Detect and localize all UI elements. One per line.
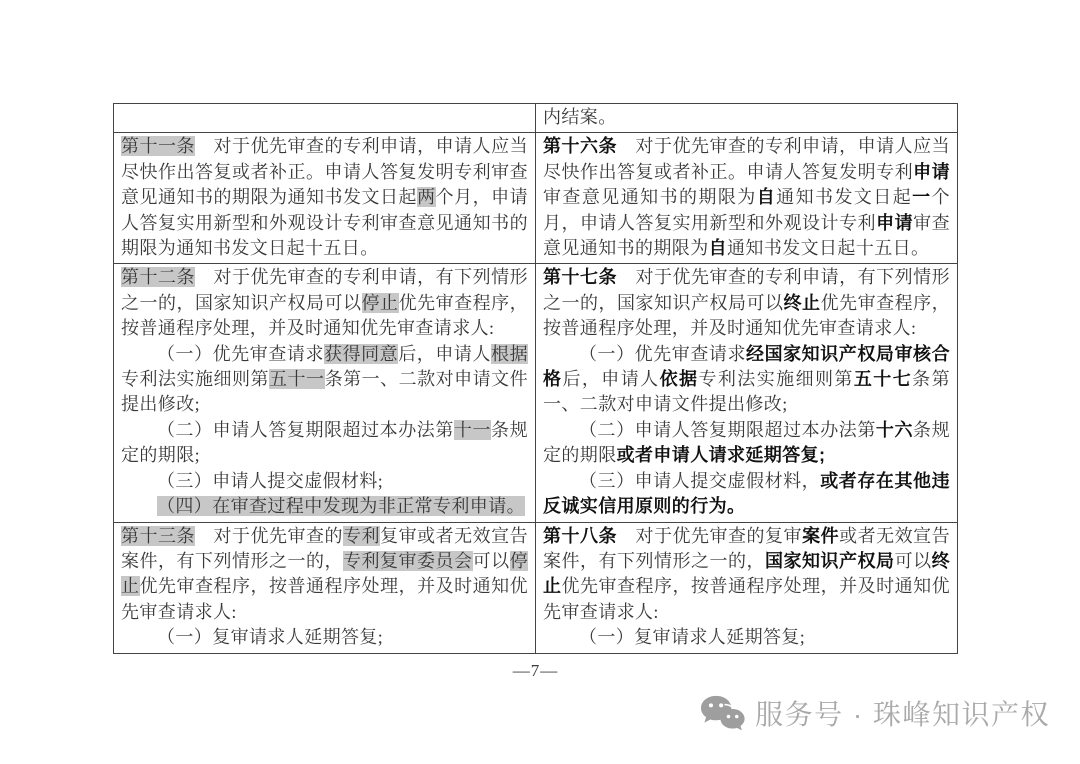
paragraph: 第十二条 对于优先审查的专利申请，有下列情形之一的，国家知识产权局可以停止优先审…: [121, 265, 528, 341]
text-segment: （三）申请人提交虚假材料，: [579, 471, 820, 491]
revised-bold-text: 依据: [660, 369, 699, 389]
highlighted-text: 专利: [343, 526, 380, 546]
highlighted-text: 第十三条: [121, 526, 195, 546]
revised-bold-text: 十六: [876, 420, 913, 440]
table-cell-left: [114, 104, 536, 133]
highlighted-text: 两: [417, 187, 436, 207]
revised-bold-text: 第十六条: [543, 136, 617, 156]
highlighted-text: （四）在审查过程中发现为非正常专利申请。: [157, 496, 525, 516]
paragraph: （一）优先审查请求经国家知识产权局审核合格后，申请人依据专利法实施细则第五十七条…: [543, 342, 950, 418]
text-segment: 通知书发文日起: [776, 187, 912, 207]
table-cell-right: 第十八条 对于优先审查的复审案件或者无效宣告案件，有下列情形之一的，国家知识产权…: [536, 522, 958, 653]
revised-bold-text: 自: [709, 238, 727, 258]
table-row: 第十二条 对于优先审查的专利申请，有下列情形之一的，国家知识产权局可以停止优先审…: [114, 264, 958, 522]
highlighted-text: 十一: [454, 420, 491, 440]
paragraph: 第十一条 对于优先审查的专利申请，申请人应当尽快作出答复或者补正。申请人答复发明…: [121, 134, 528, 261]
paragraph: （二）申请人答复期限超过本办法第十一条规定的期限;: [121, 418, 528, 469]
text-segment: （二）申请人答复期限超过本办法第: [579, 420, 876, 440]
revised-bold-text: 第十七条: [543, 267, 617, 287]
table-cell-left: 第十三条 对于优先审查的专利复审或者无效宣告案件，有下列情形之一的，专利复审委员…: [114, 522, 536, 653]
paragraph: 第十三条 对于优先审查的专利复审或者无效宣告案件，有下列情形之一的，专利复审委员…: [121, 524, 528, 626]
highlighted-text: 根据: [491, 344, 528, 364]
paragraph: （一）复审请求人延期答复;: [121, 625, 528, 650]
paragraph: 内结案。: [543, 105, 950, 130]
paragraph: 第十七条 对于优先审查的专利申请，有下列情形之一的，国家知识产权局可以终止优先审…: [543, 265, 950, 341]
table-cell-left: 第十二条 对于优先审查的专利申请，有下列情形之一的，国家知识产权局可以停止优先审…: [114, 264, 536, 522]
comparison-table-body: 内结案。第十一条 对于优先审查的专利申请，申请人应当尽快作出答复或者补正。申请人…: [114, 104, 958, 654]
text-segment: （一）复审请求人延期答复;: [579, 627, 805, 647]
revised-bold-text: 五十七: [854, 369, 912, 389]
table-row: 第十三条 对于优先审查的专利复审或者无效宣告案件，有下列情形之一的，专利复审委员…: [114, 522, 958, 653]
table-cell-right: 内结案。: [536, 104, 958, 133]
table-cell-left: 第十一条 对于优先审查的专利申请，申请人应当尽快作出答复或者补正。申请人答复发明…: [114, 133, 536, 264]
text-segment: （一）优先审查请求: [157, 344, 324, 364]
revised-bold-text: 一: [912, 187, 931, 207]
highlighted-text: 专利复审委员会: [343, 551, 473, 571]
paragraph: （三）申请人提交虚假材料，或者存在其他违反诚实信用原则的行为。: [543, 469, 950, 520]
page-number: —7—: [113, 661, 958, 681]
text-segment: 后，申请人: [398, 344, 491, 364]
paragraph: （四）在审查过程中发现为非正常专利申请。: [121, 494, 528, 519]
text-segment: 可以: [473, 551, 510, 571]
comparison-table: 内结案。第十一条 对于优先审查的专利申请，申请人应当尽快作出答复或者补正。申请人…: [113, 103, 958, 654]
highlighted-text: 五十一: [269, 369, 325, 389]
text-segment: 对于优先审查的: [195, 526, 343, 546]
wechat-bubbles-icon: [700, 694, 745, 732]
table-cell-right: 第十六条 对于优先审查的专利申请，申请人应当尽快作出答复或者补正。申请人答复发明…: [536, 133, 958, 264]
table-cell-right: 第十七条 对于优先审查的专利申请，有下列情形之一的，国家知识产权局可以终止优先审…: [536, 264, 958, 522]
text-segment: 专利法实施细则第: [121, 369, 269, 389]
text-segment: 审查意见通知书的期限为: [543, 187, 757, 207]
paragraph: （二）申请人答复期限超过本办法第十六条规定的期限或者申请人请求延期答复;: [543, 418, 950, 469]
revised-bold-text: 自: [757, 187, 776, 207]
text-segment: 通知书发文日起十五日。: [727, 238, 929, 258]
text-segment: 优先审查程序，按普通程序处理，并及时通知优先审查请求人:: [121, 576, 528, 621]
text-segment: （三）申请人提交虚假材料;: [157, 471, 383, 491]
paragraph: （一）复审请求人延期答复;: [543, 625, 950, 650]
paragraph: （一）优先审查请求获得同意后，申请人根据专利法实施细则第五十一条第一、二款对申请…: [121, 342, 528, 418]
paragraph: （三）申请人提交虚假材料;: [121, 469, 528, 494]
highlighted-text: 第十二条: [121, 267, 195, 287]
text-segment: （一）优先审查请求: [579, 344, 746, 364]
revised-bold-text: 国家知识产权局: [765, 551, 895, 571]
text-segment: （一）复审请求人延期答复;: [157, 627, 383, 647]
table-row: 内结案。: [114, 104, 958, 133]
highlighted-text: 停止: [362, 293, 399, 313]
revised-bold-text: 申请: [876, 213, 913, 233]
paragraph: 第十八条 对于优先审查的复审案件或者无效宣告案件，有下列情形之一的，国家知识产权…: [543, 524, 950, 626]
text-segment: 后，申请人: [562, 369, 659, 389]
highlighted-text: 获得同意: [324, 344, 398, 364]
text-segment: 优先审查程序，按普通程序处理，并及时通知优先审查请求人:: [543, 576, 950, 621]
revised-bold-text: 第十八条: [543, 526, 617, 546]
text-segment: 可以: [895, 551, 932, 571]
document-page: 内结案。第十一条 对于优先审查的专利申请，申请人应当尽快作出答复或者补正。申请人…: [0, 0, 1080, 764]
revised-bold-text: 终止: [784, 293, 821, 313]
highlighted-text: 第十一条: [121, 136, 195, 156]
watermark-text: 服务号 · 珠峰知识产权: [755, 693, 1050, 733]
watermark: 服务号 · 珠峰知识产权: [700, 693, 1050, 733]
paragraph: 第十六条 对于优先审查的专利申请，申请人应当尽快作出答复或者补正。申请人答复发明…: [543, 134, 950, 261]
revised-bold-text: 案件: [802, 526, 839, 546]
revised-bold-text: 或者申请人请求延期答复;: [617, 445, 826, 465]
text-segment: 内结案。: [543, 107, 617, 127]
text-segment: （二）申请人答复期限超过本办法第: [157, 420, 454, 440]
text-segment: 对于优先审查的复审: [617, 526, 802, 546]
table-row: 第十一条 对于优先审查的专利申请，申请人应当尽快作出答复或者补正。申请人答复发明…: [114, 133, 958, 264]
text-segment: 专利法实施细则第: [698, 369, 853, 389]
revised-bold-text: 申请: [913, 162, 950, 182]
